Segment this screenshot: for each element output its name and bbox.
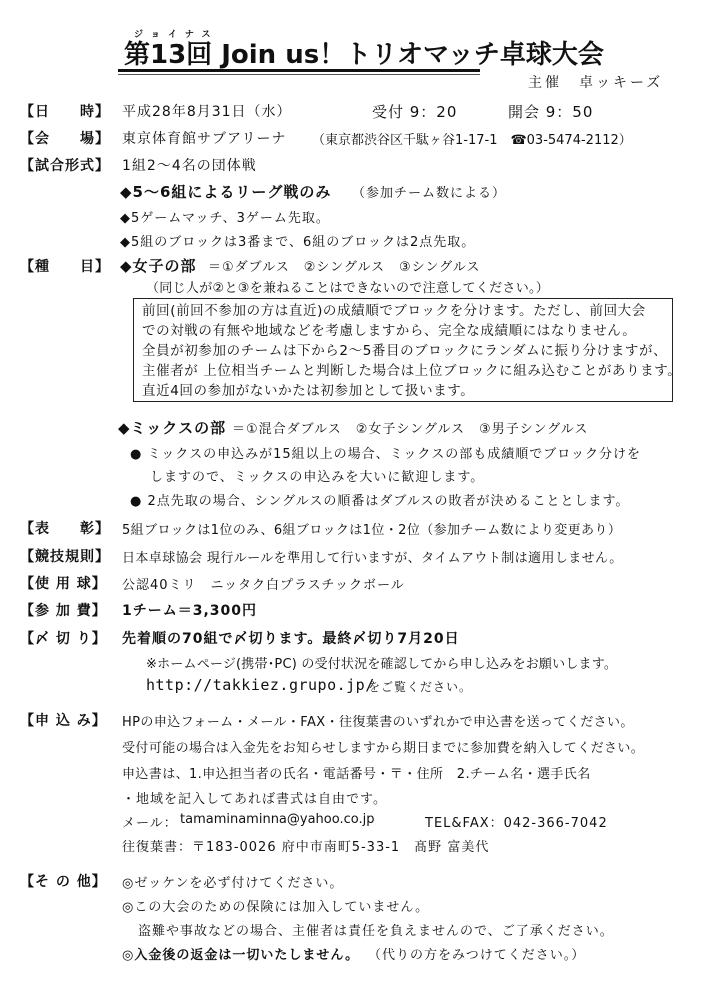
women-note: （同じ人が②と③を兼ねることはできないので注意してください。） — [146, 277, 549, 296]
format-bullet-1: ◆5ゲームマッチ、3ゲーム先取。 — [120, 207, 330, 226]
seeding-line: 直近4回の参加がないかたは初参加として扱います。 — [142, 381, 664, 401]
no-refund-note: （代りの方をみつけてください。） — [368, 944, 585, 963]
mix-bullet-1a: ● ミックスの申込みが15組以上の場合、ミックスの部も成績順でブロック分けを — [130, 443, 641, 462]
email-link[interactable]: tamaminaminna@yahoo.co.jp — [180, 812, 374, 827]
label-awards: 【表 彰】 — [20, 518, 110, 538]
venue-address: （東京都渋谷区千駄ヶ谷1-17-1 ☎03-5474-2112） — [312, 129, 632, 148]
apply-line-3: 申込書は、1.申込担当者の氏名・電話番号・〒・住所 2.チーム名・選手氏名 — [122, 763, 591, 782]
women-division: ◆女子の部 — [120, 255, 197, 276]
organizer: 主催 卓ッキーズ — [528, 72, 663, 92]
title-underline-thin — [118, 74, 480, 75]
rules-text: 日本卓球協会 現行ルールを準用して行いますが、タイムアウト制は適用しません。 — [122, 547, 623, 566]
event-date: 平成28年8月31日（水） — [122, 101, 292, 121]
label-deadline: 【〆 切 り】 — [20, 628, 107, 648]
label-apply: 【申 込 み】 — [20, 710, 107, 730]
tel-fax: TEL&FAX：042-366-7042 — [425, 812, 608, 831]
label-datetime: 【日 時】 — [20, 101, 110, 121]
format-league: ◆5～6組によるリーグ戦のみ — [120, 181, 331, 202]
seeding-line: 全員が初参加のチームは下から2～5番目のブロックにランダムに振り分けますが、 — [142, 341, 664, 361]
apply-line-1: HPの申込フォーム・メール・FAX・往復葉書のいずれかで申込書を送ってください。 — [122, 711, 634, 730]
ball-text: 公認40ミリ ニッタク白プラスチックボール — [122, 574, 405, 593]
mix-division: ◆ミックスの部 — [118, 417, 226, 438]
mix-items: ＝①混合ダブルス ②女子シングルス ③男子シングルス — [232, 418, 588, 437]
format-league-note: （参加チーム数による） — [352, 182, 506, 201]
other-line-3: 盗難や事故などの場合、主催者は責任を負えませんので、ご了承ください。 — [138, 920, 614, 939]
format-main: 1組2～4名の団体戦 — [122, 155, 257, 175]
website-link[interactable]: http://takkiez.grupo.jp/ — [146, 676, 375, 694]
deadline-note: ※ホームページ(携帯･PC) の受付状況を確認してから申し込みをお願いします。 — [146, 653, 617, 672]
awards-text: 5組ブロックは1位のみ、6組ブロックは1位・2位（参加チーム数により変更あり） — [122, 519, 621, 538]
label-venue: 【会 場】 — [20, 128, 110, 148]
reception-time: 受付 9：20 — [372, 101, 457, 122]
fee-text: 1チーム＝3,300円 — [122, 600, 257, 620]
other-line-2: ◎この大会のための保険には加入していません。 — [122, 896, 429, 915]
apply-line-4: ・地域を記入してあれば書式は自由です。 — [122, 788, 387, 807]
label-events: 【種 目】 — [20, 256, 110, 276]
mix-bullet-2: ● 2点先取の場合、シングルスの順番はダブルスの敗者が決めることとします。 — [130, 490, 629, 509]
page-title: 第13回 Join us！トリオマッチ卓球大会 — [124, 34, 604, 71]
label-ball: 【使 用 球】 — [20, 573, 107, 593]
title-underline — [118, 69, 480, 72]
apply-line-2: 受付可能の場合は入金先をお知らせしますから期日までに参加費を納入してください。 — [122, 737, 644, 756]
seeding-notice-box: 前回(前回不参加の方は直近)の成績順でブロックを分けます。ただし、前回大会 での… — [133, 298, 673, 402]
label-rules: 【競技規則】 — [20, 546, 110, 566]
women-items: ＝①ダブルス ②シングルス ③シングルス — [208, 256, 480, 275]
mix-bullet-1b: しますので、ミックスの申込みを大いに歓迎します。 — [150, 466, 484, 485]
website-suffix: をご覧ください。 — [368, 678, 472, 695]
postcard-address: 往復葉書：〒183-0026 府中市南町5-33-1 髙野 富美代 — [122, 836, 489, 855]
venue-name: 東京体育館サブアリーナ — [122, 128, 286, 148]
deadline-text: 先着順の70組で〆切ります。最終〆切り7月20日 — [122, 628, 460, 648]
label-format: 【試合形式】 — [20, 155, 110, 175]
seeding-line: 主催者が 上位相当チームと判断した場合は上位ブロックに組み込むことがあります。 — [142, 361, 664, 381]
other-line-1: ◎ゼッケンを必ず付けてください。 — [122, 872, 343, 891]
email-label: メール： — [122, 812, 178, 831]
seeding-line: 前回(前回不参加の方は直近)の成績順でブロックを分けます。ただし、前回大会 — [142, 301, 664, 321]
label-other: 【そ の 他】 — [20, 871, 107, 891]
label-fee: 【参 加 費】 — [20, 600, 107, 620]
opening-time: 開会 9：50 — [508, 101, 593, 122]
no-refund-notice: ◎入金後の返金は一切いたしません。 — [122, 944, 359, 963]
seeding-line: での対戦の有無や地域などを考慮しますから、完全な成績順にはなりません。 — [142, 321, 664, 341]
format-bullet-2: ◆5組のブロックは3番まで、6組のブロックは2点先取。 — [120, 231, 475, 250]
